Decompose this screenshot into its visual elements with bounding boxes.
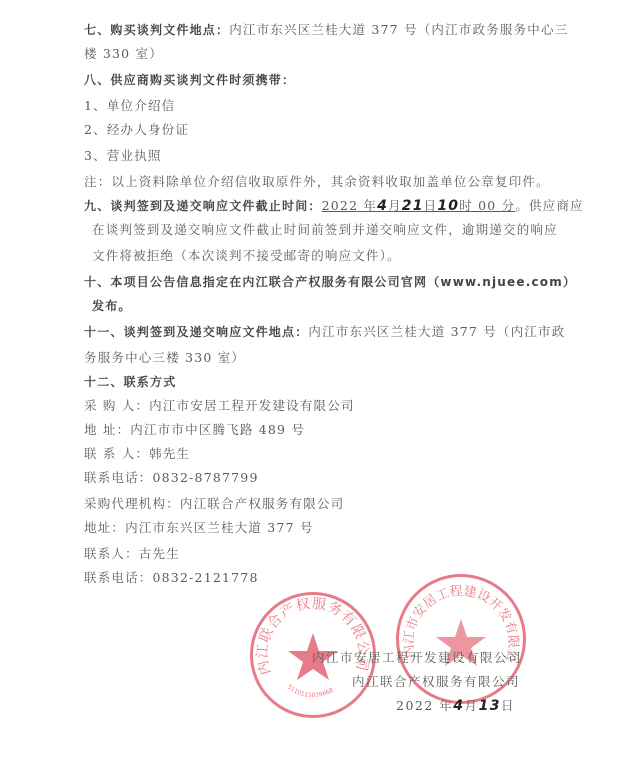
section-11: 十一、谈判签到及递交响应文件地点：内江市东兴区兰桂大道 377 号（内江市政 — [84, 324, 565, 340]
list-item: 2、经办人身份证 — [84, 122, 189, 138]
list-item: 3、营业执照 — [84, 148, 162, 164]
signature-org2: 内江联合产权服务有限公司 — [352, 672, 520, 690]
signature-org1: 内江市安居工程开发建设有限公司 — [312, 648, 522, 666]
section-12-heading: 十二、联系方式 — [84, 374, 176, 390]
section-9-line2: 在谈判签到及递交响应文件截止时间前签到并递交响应文件，逾期递交的响应 — [92, 222, 558, 238]
section-11-cont: 务服务中心三楼 330 室） — [84, 350, 245, 366]
purchaser-address: 地 址：内江市市中区腾飞路 489 号 — [84, 422, 305, 438]
deadline: 2022 年4月21日10时 00 分 — [322, 198, 516, 213]
section-10: 十、本项目公告信息指定在内江联合产权服务有限公司官网（www.njuee.com… — [84, 274, 576, 290]
agency: 采购代理机构：内江联合产权服务有限公司 — [84, 496, 344, 512]
agency-contact: 联系人：古先生 — [84, 546, 180, 562]
section-9: 九、谈判签到及递交响应文件截止时间：2022 年4月21日10时 00 分。供应… — [84, 198, 584, 214]
svg-text:5110115039668: 5110115039668 — [286, 684, 335, 700]
section-7-cont: 楼 330 室） — [84, 46, 163, 62]
agency-address: 地址：内江市东兴区兰桂大道 377 号 — [84, 520, 314, 536]
section-10-cont: 发布。 — [92, 298, 132, 314]
agency-phone: 联系电话：0832-2121778 — [84, 570, 259, 586]
list-item: 1、单位介绍信 — [84, 98, 175, 114]
section-8-heading: 八、供应商购买谈判文件时须携带： — [84, 72, 295, 88]
purchaser-phone: 联系电话：0832-8787799 — [84, 470, 259, 486]
purchaser-contact: 联 系 人：韩先生 — [84, 446, 190, 462]
purchaser: 采 购 人：内江市安居工程开发建设有限公司 — [84, 398, 355, 414]
section-7: 七、购买谈判文件地点：内江市东兴区兰桂大道 377 号（内江市政务服务中心三 — [84, 22, 568, 38]
signature-date: 2022 年4月13日 — [396, 696, 515, 714]
section-8-note: 注：以上资料除单位介绍信收取原件外，其余资料收取加盖单位公章复印件。 — [84, 174, 550, 190]
section-9-line3: 文件将被拒绝（本次谈判不接受邮寄的响应文件）。 — [92, 248, 401, 264]
